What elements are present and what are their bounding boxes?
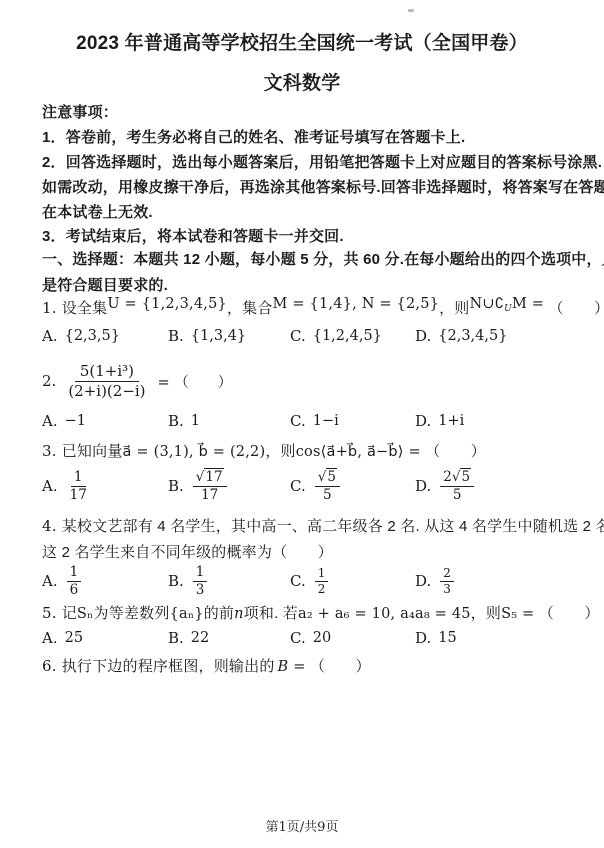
option-value: 1 [191, 413, 200, 429]
option-fraction: √1717 [193, 468, 227, 504]
question-1-math-sets: M = {1,4}, N = {2,5} [273, 296, 440, 312]
option-label: A. [42, 327, 58, 345]
option-label: D. [415, 412, 431, 430]
option-fraction: 2√55 [440, 468, 474, 504]
question-5-math-n: n [234, 606, 244, 622]
option: A.−1 [42, 412, 168, 430]
option-label: D. [415, 327, 431, 345]
option-value: {1,3,4} [191, 328, 246, 344]
option-value: {1,2,4,5} [313, 328, 382, 344]
question-5-math-S5: S₅ = [501, 606, 534, 622]
option-label: D. [415, 572, 431, 590]
question-1-text: ，集合 [227, 300, 273, 317]
radicand: 5 [326, 468, 337, 486]
question-5-text: ，则 [471, 605, 501, 622]
question-1-math-union: N∪∁UM = [469, 296, 544, 312]
notice-line-1: 1．答卷前，考生务必将自己的姓名、准考证号填写在答题卡上. [42, 126, 465, 147]
question-1-options: A.{2,3,5} B.{1,3,4} C.{1,2,4,5} D.{2,3,4… [42, 327, 507, 345]
option-label: A. [42, 572, 58, 590]
scan-artifact [408, 9, 414, 12]
option: B.22 [168, 629, 290, 647]
option-value: −1 [65, 413, 86, 429]
answer-blank: （ ） [425, 443, 486, 460]
option-value: 25 [65, 630, 83, 646]
radicand: 5 [460, 468, 471, 486]
option: D.15 [415, 629, 457, 647]
option: C.20 [290, 629, 415, 647]
question-2-number: 2. [42, 372, 56, 390]
question-5-text: 项和. 若 [244, 605, 298, 622]
section-heading-line-1: 一、选择题：本题共 12 小题，每小题 5 分，共 60 分.在每小题给出的四个… [42, 248, 604, 269]
answer-blank: （ ） [549, 300, 604, 317]
radicand: 17 [204, 468, 223, 486]
exam-subject: 文科数学 [0, 68, 604, 95]
option-value: 20 [313, 630, 331, 646]
radical-sign: √ [318, 469, 327, 486]
option: D.{2,3,4,5} [415, 327, 507, 345]
question-2-fraction: 5(1+i³) (2+i)(2−i) [63, 362, 150, 401]
question-5-text: 为等差数列 [94, 605, 170, 622]
radical-sign: √ [196, 469, 205, 486]
option-value: {2,3,4,5} [438, 328, 507, 344]
notice-line-5: 3．考试结束后，将本试卷和答题卡一并交回. [42, 225, 344, 246]
option: C.1−i [290, 412, 415, 430]
fraction-denominator: (2+i)(2−i) [63, 382, 150, 401]
question-1-math-universe: U = {1,2,3,4,5} [107, 296, 227, 312]
option-label: B. [168, 412, 184, 430]
exam-page: 2023 年普通高等学校招生全国统一考试（全国甲卷） 文科数学 注意事项： 1．… [0, 0, 604, 848]
question-2: 2. 5(1+i³) (2+i)(2−i) = （ ） [42, 356, 232, 406]
question-1-text: ，则 [439, 300, 469, 317]
option: D.2√55 [415, 468, 476, 504]
complement-subscript: U [504, 304, 512, 314]
question-6-text: 执行下边的程序框图，则输出的 [62, 658, 275, 675]
option: A.25 [42, 629, 168, 647]
question-3-math-vectors: a⃗ = (3,1), b⃗ = (2,2) [123, 444, 266, 460]
question-4-number: 4. [42, 517, 57, 535]
question-5-text: 记 [62, 605, 77, 622]
answer-blank: （ ） [539, 605, 600, 622]
option: D.1+i [415, 412, 464, 430]
question-6-math-B: B = [278, 659, 306, 675]
option-label: C. [290, 412, 306, 430]
question-3: 3.已知向量a⃗ = (3,1), b⃗ = (2,2)，则cos⟨a⃗+b⃗,… [42, 440, 486, 461]
option-fraction: 117 [67, 469, 90, 504]
option-fraction: 13 [193, 564, 208, 599]
option-label: B. [168, 629, 184, 647]
notice-heading: 注意事项： [42, 101, 118, 122]
option: B.1 [168, 412, 290, 430]
option-label: D. [415, 477, 431, 495]
question-5-math-Sn: Sₙ [77, 606, 94, 622]
section-heading-line-2: 是符合题目要求的. [42, 274, 168, 295]
question-6-number: 6. [42, 657, 57, 675]
question-3-number: 3. [42, 442, 57, 460]
question-6: 6.执行下边的程序框图，则输出的B = （ ） [42, 655, 371, 676]
coefficient: 2 [443, 469, 452, 486]
option-value: 15 [438, 630, 456, 646]
notice-line-4: 在本试卷上无效. [42, 201, 153, 222]
page-number: 第1页/共9页 [0, 816, 604, 835]
question-1-number: 1. [42, 299, 57, 317]
option: B.13 [168, 564, 290, 599]
question-4-line-1: 4.某校文艺部有 4 名学生，其中高一、高二年级各 2 名. 从这 4 名学生中… [42, 515, 604, 536]
question-1-text: 设全集 [62, 300, 108, 317]
answer-blank: = （ ） [158, 371, 233, 392]
answer-blank: （ ） [272, 544, 333, 561]
question-3-math-cos: cos⟨a⃗+b⃗, a⃗−b⃗⟩ = [296, 444, 421, 460]
option: C.√55 [290, 468, 415, 504]
exam-title: 2023 年普通高等学校招生全国统一考试（全国甲卷） [0, 28, 604, 55]
question-4-text: 这 2 名学生来自不同年级的概率为 [42, 544, 272, 561]
question-5: 5.记Sₙ为等差数列{aₙ}的前n项和. 若a₂ + a₆ = 10, a₄a₈… [42, 602, 600, 623]
option-label: A. [42, 629, 58, 647]
option: A.16 [42, 564, 168, 599]
question-4-options: A.16 B.13 C.12 D.23 [42, 562, 456, 600]
notice-line-3: 如需改动，用橡皮擦干净后，再选涂其他答案标号.回答非选择题时，将答案写在答题卡上… [42, 176, 604, 197]
option-fraction: 16 [67, 564, 82, 599]
option: C.{1,2,4,5} [290, 327, 415, 345]
question-4-line-2: 这 2 名学生来自不同年级的概率为（ ） [42, 541, 333, 562]
option-value: 1−i [313, 413, 339, 429]
option-fraction: 23 [440, 566, 454, 597]
answer-blank: （ ） [310, 658, 371, 675]
question-5-math-condition: a₂ + a₆ = 10, a₄a₈ = 45 [298, 606, 471, 622]
notice-line-2: 2．回答选择题时，选出每小题答案后，用铅笔把答题卡上对应题目的答案标号涂黑. [42, 151, 602, 172]
option: B.{1,3,4} [168, 327, 290, 345]
option-label: A. [42, 477, 58, 495]
question-5-number: 5. [42, 604, 57, 622]
question-2-options: A.−1 B.1 C.1−i D.1+i [42, 412, 464, 430]
option: B.√1717 [168, 468, 290, 504]
option-label: D. [415, 629, 431, 647]
option-label: C. [290, 572, 306, 590]
question-3-text: 已知向量 [62, 443, 123, 460]
option: A.117 [42, 469, 168, 504]
option-value: 22 [191, 630, 209, 646]
radical-sign: √ [452, 469, 461, 486]
option-label: B. [168, 572, 184, 590]
option-label: B. [168, 327, 184, 345]
option-label: C. [290, 629, 306, 647]
question-3-options: A.117 B.√1717 C.√55 D.2√55 [42, 466, 476, 506]
option-value: 1+i [438, 413, 464, 429]
question-5-options: A.25 B.22 C.20 D.15 [42, 629, 457, 647]
question-1: 1.设全集U = {1,2,3,4,5}，集合M = {1,4}, N = {2… [42, 297, 604, 319]
option-fraction: 12 [315, 566, 329, 597]
option-label: C. [290, 327, 306, 345]
option: C.12 [290, 566, 415, 597]
question-4-text: 某校文艺部有 4 名学生，其中高一、高二年级各 2 名. 从这 4 名学生中随机… [62, 518, 604, 535]
option: A.{2,3,5} [42, 327, 168, 345]
option-label: C. [290, 477, 306, 495]
fraction-numerator: 5(1+i³) [75, 362, 139, 382]
option-value: {2,3,5} [65, 328, 120, 344]
option-label: B. [168, 477, 184, 495]
question-3-text: ，则 [265, 443, 295, 460]
option: D.23 [415, 566, 456, 597]
question-5-text: 的前 [204, 605, 234, 622]
option-fraction: √55 [315, 468, 340, 504]
question-5-math-an: {aₙ} [170, 606, 204, 622]
option-label: A. [42, 412, 58, 430]
